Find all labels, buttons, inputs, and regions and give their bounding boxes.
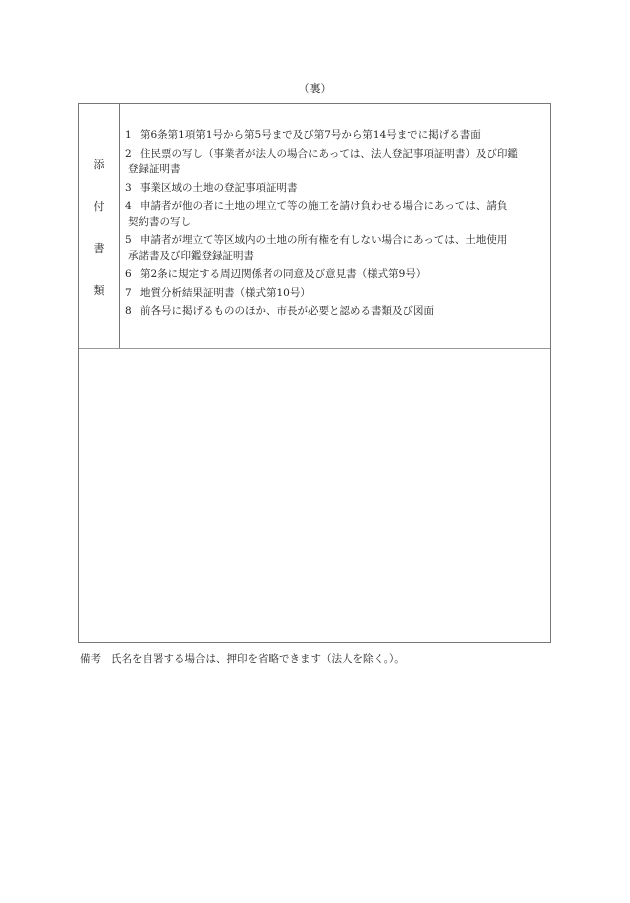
- label-char: 添: [79, 156, 119, 172]
- item-number: 1: [125, 128, 140, 144]
- list-item: 2住民票の写し（事業者が法人の場合にあっては、法人登記事項証明書）及び印鑑 登録…: [125, 147, 546, 178]
- list-item: 6第2条に規定する周辺関係者の同意及び意見書（様式第9号）: [125, 267, 546, 283]
- item-number: 4: [125, 199, 140, 215]
- item-number: 6: [125, 267, 140, 283]
- item-text-continued: 承諾書及び印鑑登録証明書: [125, 249, 546, 265]
- attachments-section: 添 付 書 類 1第6条第1項第1号から第5号まで及び第7号から第14号までに掲…: [79, 104, 550, 349]
- label-char: 付: [79, 198, 119, 214]
- blank-entry-area: [79, 349, 550, 642]
- item-number: 7: [125, 286, 140, 302]
- item-number: 5: [125, 233, 140, 249]
- attachments-list: 1第6条第1項第1号から第5号まで及び第7号から第14号までに掲げる書面 2住民…: [125, 128, 546, 323]
- list-item: 3事業区域の土地の登記事項証明書: [125, 181, 546, 197]
- attachments-label: 添 付 書 類: [79, 104, 120, 348]
- list-item: 7地質分析結果証明書（様式第10号）: [125, 286, 546, 302]
- item-text: 地質分析結果証明書（様式第10号）: [140, 287, 311, 299]
- page-heading: （裏）: [0, 80, 630, 96]
- remarks-text: 氏名を自署する場合は、押印を省略できます（法人を除く。）。: [111, 653, 405, 665]
- item-text-continued: 契約書の写し: [125, 215, 546, 231]
- item-text: 第2条に規定する周辺関係者の同意及び意見書（様式第9号）: [140, 268, 426, 280]
- list-item: 8前各号に掲げるもののほか、市長が必要と認める書類及び図面: [125, 304, 546, 320]
- item-text: 住民票の写し（事業者が法人の場合にあっては、法人登記事項証明書）及び印鑑: [140, 148, 518, 160]
- item-number: 2: [125, 147, 140, 163]
- form-table: 添 付 書 類 1第6条第1項第1号から第5号まで及び第7号から第14号までに掲…: [78, 103, 551, 643]
- item-text: 第6条第1項第1号から第5号まで及び第7号から第14号までに掲げる書面: [140, 129, 481, 141]
- label-char: 書: [79, 240, 119, 256]
- label-char: 類: [79, 282, 119, 298]
- list-item: 5申請者が埋立て等区域内の土地の所有権を有しない場合にあっては、土地使用 承諾書…: [125, 233, 546, 264]
- item-text: 前各号に掲げるもののほか、市長が必要と認める書類及び図面: [140, 305, 434, 317]
- item-text: 事業区域の土地の登記事項証明書: [140, 182, 298, 194]
- remarks-label: 備考: [80, 653, 101, 665]
- remarks-note: 備考氏名を自署する場合は、押印を省略できます（法人を除く。）。: [80, 651, 405, 666]
- list-item: 4申請者が他の者に土地の埋立て等の施工を請け負わせる場合にあっては、請負 契約書…: [125, 199, 546, 230]
- item-number: 8: [125, 304, 140, 320]
- list-item: 1第6条第1項第1号から第5号まで及び第7号から第14号までに掲げる書面: [125, 128, 546, 144]
- item-text: 申請者が埋立て等区域内の土地の所有権を有しない場合にあっては、土地使用: [140, 234, 507, 246]
- item-text-continued: 登録証明書: [125, 162, 546, 178]
- item-text: 申請者が他の者に土地の埋立て等の施工を請け負わせる場合にあっては、請負: [140, 200, 507, 212]
- item-number: 3: [125, 181, 140, 197]
